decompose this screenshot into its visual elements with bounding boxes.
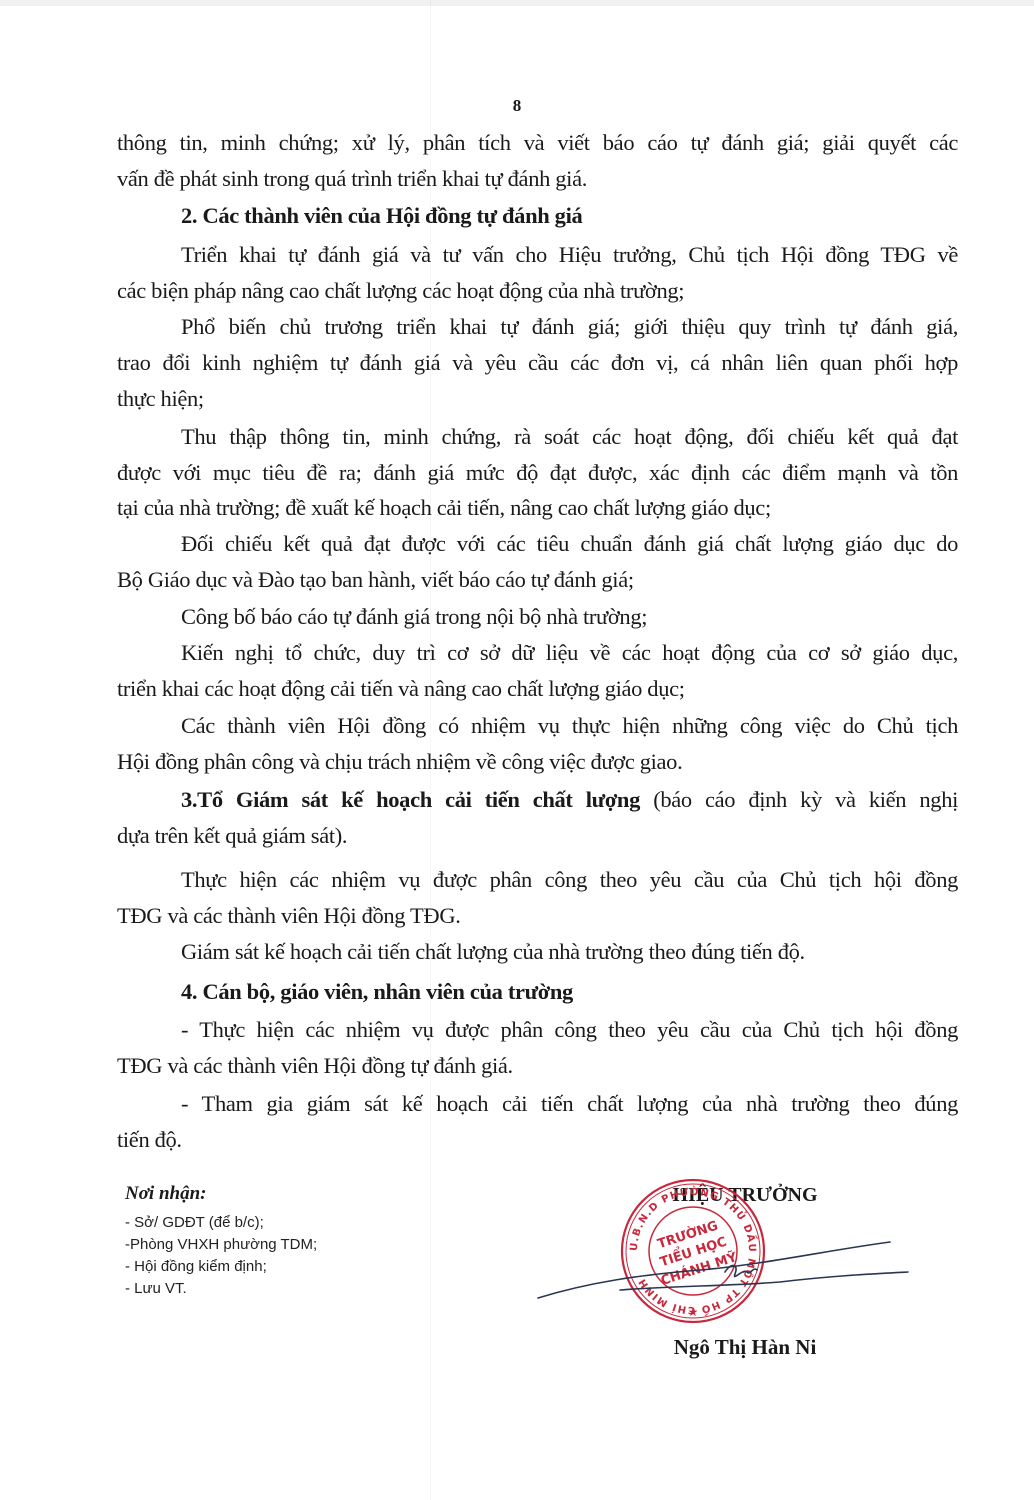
body-line: tiến độ.: [117, 1127, 958, 1153]
body-line: Các thành viên Hội đồng có nhiệm vụ thực…: [181, 713, 958, 739]
body-line: Triển khai tự đánh giá và tư vấn cho Hiệ…: [181, 242, 958, 268]
body-line: - Thực hiện các nhiệm vụ được phân công …: [181, 1017, 958, 1043]
body-line: TĐG và các thành viên Hội đồng TĐG.: [117, 903, 958, 929]
handwritten-signature-icon: [530, 1220, 910, 1320]
section-2-heading: 2. Các thành viên của Hội đồng tự đánh g…: [181, 203, 958, 229]
body-line: Đối chiếu kết quả đạt được với các tiêu …: [181, 531, 958, 557]
signer-name: Ngô Thị Hàn Ni: [630, 1335, 860, 1360]
body-line: Thực hiện các nhiệm vụ được phân công th…: [181, 867, 958, 893]
recipient-item: - Lưu VT.: [125, 1278, 317, 1300]
top-edge-strip: [0, 0, 1034, 6]
recipient-item: - Hội đồng kiểm định;: [125, 1256, 317, 1278]
body-line: Phổ biến chủ trương triển khai tự đánh g…: [181, 314, 958, 340]
recipient-item: - Sở/ GDĐT (để b/c);: [125, 1212, 317, 1234]
body-line: vấn đề phát sinh trong quá trình triển k…: [117, 166, 958, 192]
body-line: thực hiện;: [117, 386, 958, 412]
body-line: Giám sát kế hoạch cải tiến chất lượng củ…: [181, 939, 958, 965]
body-line: - Tham gia giám sát kế hoạch cải tiến ch…: [181, 1091, 958, 1117]
body-line: trao đổi kinh nghiệm tự đánh giá và yêu …: [117, 350, 958, 376]
body-line: TĐG và các thành viên Hội đồng tự đánh g…: [117, 1053, 958, 1079]
section-3-heading-bold: 3.Tổ Giám sát kế hoạch cải tiến chất lượ…: [181, 787, 640, 812]
body-line: Thu thập thông tin, minh chứng, rà soát …: [181, 424, 958, 450]
body-line: dựa trên kết quả giám sát).: [117, 823, 958, 849]
recipients-list: - Sở/ GDĐT (để b/c); -Phòng VHXH phường …: [125, 1212, 317, 1300]
body-line: được với mục tiêu đề ra; đánh giá mức độ…: [117, 460, 958, 486]
body-line: Kiến nghị tổ chức, duy trì cơ sở dữ liệu…: [181, 640, 958, 666]
body-line: Bộ Giáo dục và Đào tạo ban hành, viết bá…: [117, 567, 958, 593]
section-4-heading: 4. Cán bộ, giáo viên, nhân viên của trườ…: [181, 979, 958, 1005]
section-3-heading-note: (báo cáo định kỳ và kiến nghị: [640, 787, 958, 812]
page-number: 8: [0, 96, 1034, 116]
body-line: triển khai các hoạt động cải tiến và nân…: [117, 676, 958, 702]
recipients-title: Nơi nhận:: [125, 1183, 206, 1205]
body-line: Hội đồng phân công và chịu trách nhiệm v…: [117, 749, 958, 775]
recipient-item: -Phòng VHXH phường TDM;: [125, 1234, 317, 1256]
body-line: thông tin, minh chứng; xử lý, phân tích …: [117, 130, 958, 156]
section-3-heading: 3.Tổ Giám sát kế hoạch cải tiến chất lượ…: [181, 787, 958, 813]
body-line: Công bố báo cáo tự đánh giá trong nội bộ…: [181, 604, 958, 630]
body-line: các biện pháp nâng cao chất lượng các ho…: [117, 278, 958, 304]
body-line: tại của nhà trường; đề xuất kế hoạch cải…: [117, 495, 958, 521]
